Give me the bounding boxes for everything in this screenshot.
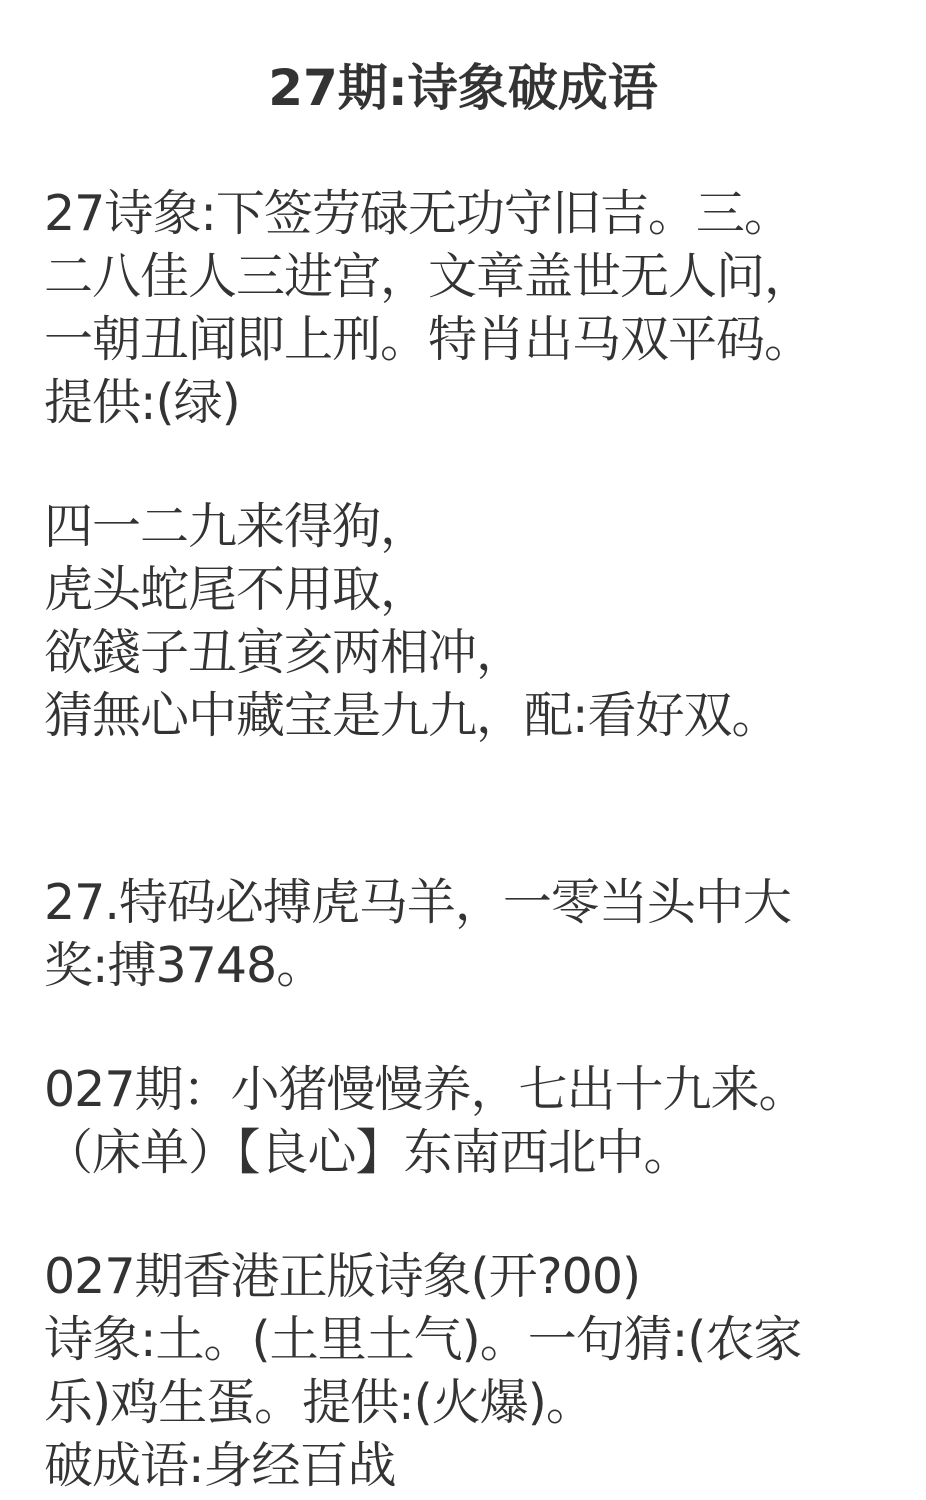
- text-line: 27.特码必搏虎马羊，一零当头中大: [44, 871, 904, 934]
- text-line: 猜無心中藏宝是九九，配:看好双。: [44, 684, 904, 747]
- text-line: 欲錢子丑寅亥两相冲，: [44, 621, 904, 684]
- spacer: [44, 434, 904, 495]
- article-body: 27诗象:下签劳碌无功守旧吉。三。 二八佳人三进宫，文章盖世无人问， 一朝丑闻即…: [44, 182, 904, 1497]
- text-line: 诗象:土。(土里土气)。一句猜:(农家: [44, 1308, 904, 1371]
- text-line: 四一二九来得狗，: [44, 495, 904, 558]
- text-line: 一朝丑闻即上刑。特肖出马双平码。: [44, 308, 904, 371]
- section-poem-2: 四一二九来得狗， 虎头蛇尾不用取， 欲錢子丑寅亥两相冲， 猜無心中藏宝是九九，配…: [44, 495, 904, 747]
- text-line: 027期：小猪慢慢养，七出十九来。: [44, 1058, 904, 1121]
- text-line: 27诗象:下签劳碌无功守旧吉。三。: [44, 182, 904, 245]
- spacer: [44, 747, 904, 871]
- section-hk-poem: 027期香港正版诗象(开?00) 诗象:土。(土里土气)。一句猜:(农家 乐)鸡…: [44, 1245, 904, 1497]
- text-line: 虎头蛇尾不用取，: [44, 558, 904, 621]
- spacer: [44, 997, 904, 1058]
- section-poem-1: 27诗象:下签劳碌无功守旧吉。三。 二八佳人三进宫，文章盖世无人问， 一朝丑闻即…: [44, 182, 904, 434]
- spacer: [44, 1184, 904, 1245]
- text-line: 乐)鸡生蛋。提供:(火爆)。: [44, 1371, 904, 1434]
- text-line: （床单）【良心】东南西北中。: [44, 1121, 904, 1184]
- text-line: 027期香港正版诗象(开?00): [44, 1245, 904, 1308]
- page-title: 27期:诗象破成语: [0, 52, 926, 124]
- text-line: 二八佳人三进宫，文章盖世无人问，: [44, 245, 904, 308]
- text-line: 奖:搏3748。: [44, 934, 904, 997]
- text-line: 提供:(绿): [44, 371, 904, 434]
- section-027-pig: 027期：小猪慢慢养，七出十九来。 （床单）【良心】东南西北中。: [44, 1058, 904, 1184]
- text-line: 破成语:身经百战: [44, 1434, 904, 1497]
- section-special-code: 27.特码必搏虎马羊，一零当头中大 奖:搏3748。: [44, 871, 904, 997]
